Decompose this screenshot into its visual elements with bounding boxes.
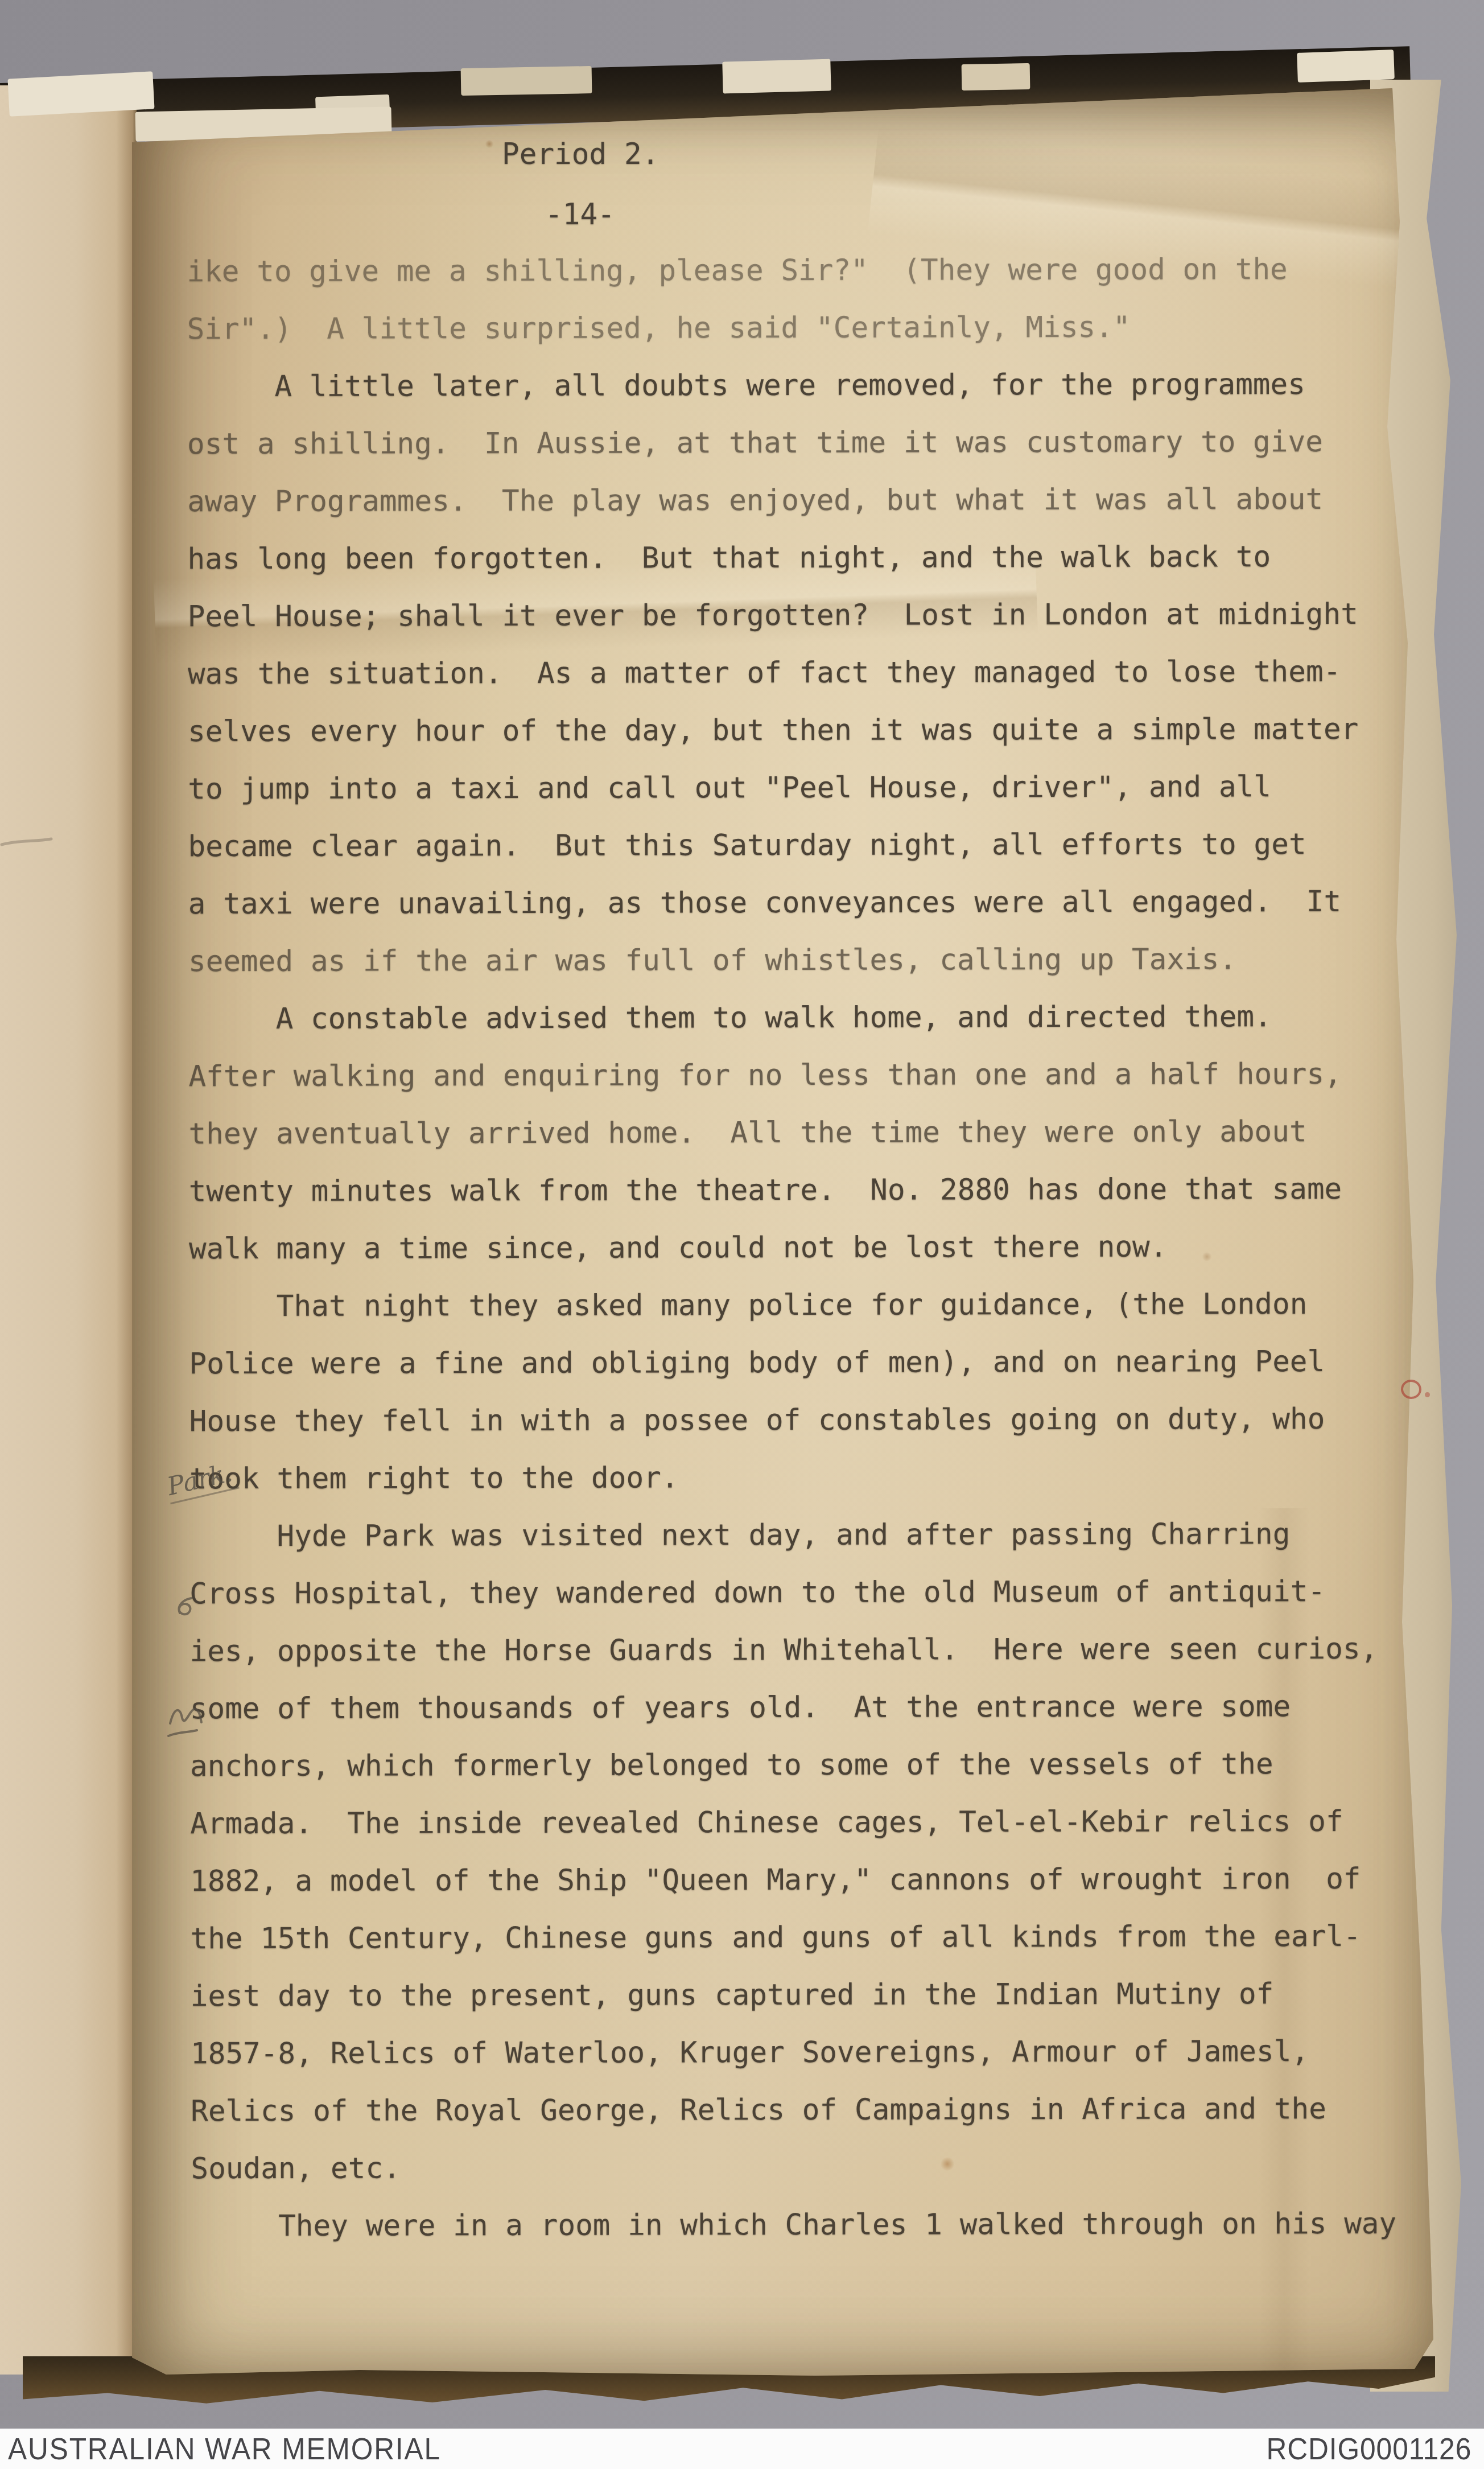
left-page-edge bbox=[0, 85, 137, 2375]
pencil-dash bbox=[0, 836, 54, 850]
typed-line: ost a shilling. In Aussie, at that time … bbox=[187, 413, 1393, 473]
typed-line: anchors, which formerly belonged to some… bbox=[190, 1735, 1396, 1795]
pencil-scribble-loop bbox=[172, 1595, 200, 1619]
document-page: Period 2. -14- ike to give me a shilling… bbox=[132, 85, 1441, 2386]
typed-line: walk many a time since, and could not be… bbox=[189, 1218, 1395, 1278]
typed-line: was the situation. As a matter of fact t… bbox=[188, 643, 1394, 703]
typed-line: 1857-8, Relics of Waterloo, Kruger Sover… bbox=[191, 2023, 1396, 2083]
typed-line: Cross Hospital, they wandered down to th… bbox=[189, 1563, 1395, 1623]
typed-line: A little later, all doubts were removed,… bbox=[187, 356, 1393, 415]
pencil-scribble-squiggle bbox=[167, 1701, 204, 1729]
typed-line: has long been forgotten. But that night,… bbox=[187, 528, 1393, 588]
pencil-scribble-dash bbox=[166, 1727, 199, 1739]
typed-line: A constable advised them to walk home, a… bbox=[188, 988, 1394, 1048]
torn-paper-fragment bbox=[722, 59, 831, 94]
typed-line: Hyde Park was visited next day, and afte… bbox=[189, 1505, 1395, 1565]
typed-line: House they fell in with a possee of cons… bbox=[189, 1390, 1395, 1450]
typed-line: selves every hour of the day, but then i… bbox=[188, 701, 1394, 760]
typed-text-block: ike to give me a shilling, please Sir?" … bbox=[187, 241, 1396, 2255]
page-number: -14- bbox=[545, 198, 615, 232]
foxing-spot bbox=[940, 2157, 955, 2171]
torn-paper-fragment bbox=[461, 66, 592, 96]
typed-line: iest day to the present, guns captured i… bbox=[191, 1965, 1396, 2025]
foxing-spot bbox=[485, 140, 494, 148]
torn-paper-fragment bbox=[962, 63, 1030, 90]
foxing-spot bbox=[1202, 1252, 1212, 1261]
typed-line: they aventually arrived home. All the ti… bbox=[188, 1103, 1394, 1163]
typed-line: away Programmes. The play was enjoyed, b… bbox=[187, 471, 1393, 530]
torn-paper-fragment bbox=[7, 71, 154, 116]
typed-line: a taxi were unavailing, as those conveya… bbox=[188, 873, 1394, 933]
typed-line: some of them thousands of years old. At … bbox=[190, 1678, 1396, 1738]
typed-line: became clear again. But this Saturday ni… bbox=[188, 816, 1394, 875]
red-dot-mark bbox=[1425, 1392, 1430, 1397]
typed-line: Police were a fine and obliging body of … bbox=[189, 1333, 1395, 1393]
torn-paper-fragment bbox=[1297, 50, 1395, 83]
typed-line: to jump into a taxi and call out "Peel H… bbox=[188, 758, 1394, 818]
footer-bar: AUSTRALIAN WAR MEMORIAL RCDIG0001126 bbox=[0, 2429, 1484, 2469]
typed-line: After walking and enquiring for no less … bbox=[188, 1046, 1394, 1105]
typed-line: That night they asked many police for gu… bbox=[189, 1275, 1395, 1335]
typed-line: twenty minutes walk from the theatre. No… bbox=[189, 1161, 1395, 1220]
typed-line: Soudan, etc. bbox=[191, 2138, 1396, 2198]
footer-institution-label: AUSTRALIAN WAR MEMORIAL bbox=[8, 2431, 441, 2467]
typed-line: took them right to the door. bbox=[189, 1448, 1395, 1508]
footer-reference-id: RCDIG0001126 bbox=[1266, 2431, 1471, 2467]
typed-line: Sir".) A little surprised, he said "Cert… bbox=[187, 298, 1393, 358]
page-heading-period: Period 2. bbox=[502, 138, 659, 171]
typed-line: Peel House; shall it ever be forgotten? … bbox=[188, 586, 1394, 645]
typed-line: seemed as if the air was full of whistle… bbox=[188, 931, 1394, 990]
typed-line: ies, opposite the Horse Guards in Whiteh… bbox=[189, 1620, 1395, 1680]
typed-line: 1882, a model of the Ship "Queen Mary," … bbox=[190, 1850, 1396, 1910]
typed-line: Relics of the Royal George, Relics of Ca… bbox=[191, 2080, 1396, 2140]
typed-line: ike to give me a shilling, please Sir?" … bbox=[187, 241, 1392, 301]
typed-line: the 15th Century, Chinese guns and guns … bbox=[190, 1908, 1396, 1968]
typed-line: They were in a room in which Charles 1 w… bbox=[191, 2195, 1396, 2255]
typed-line: Armada. The inside revealed Chinese cage… bbox=[190, 1793, 1396, 1853]
